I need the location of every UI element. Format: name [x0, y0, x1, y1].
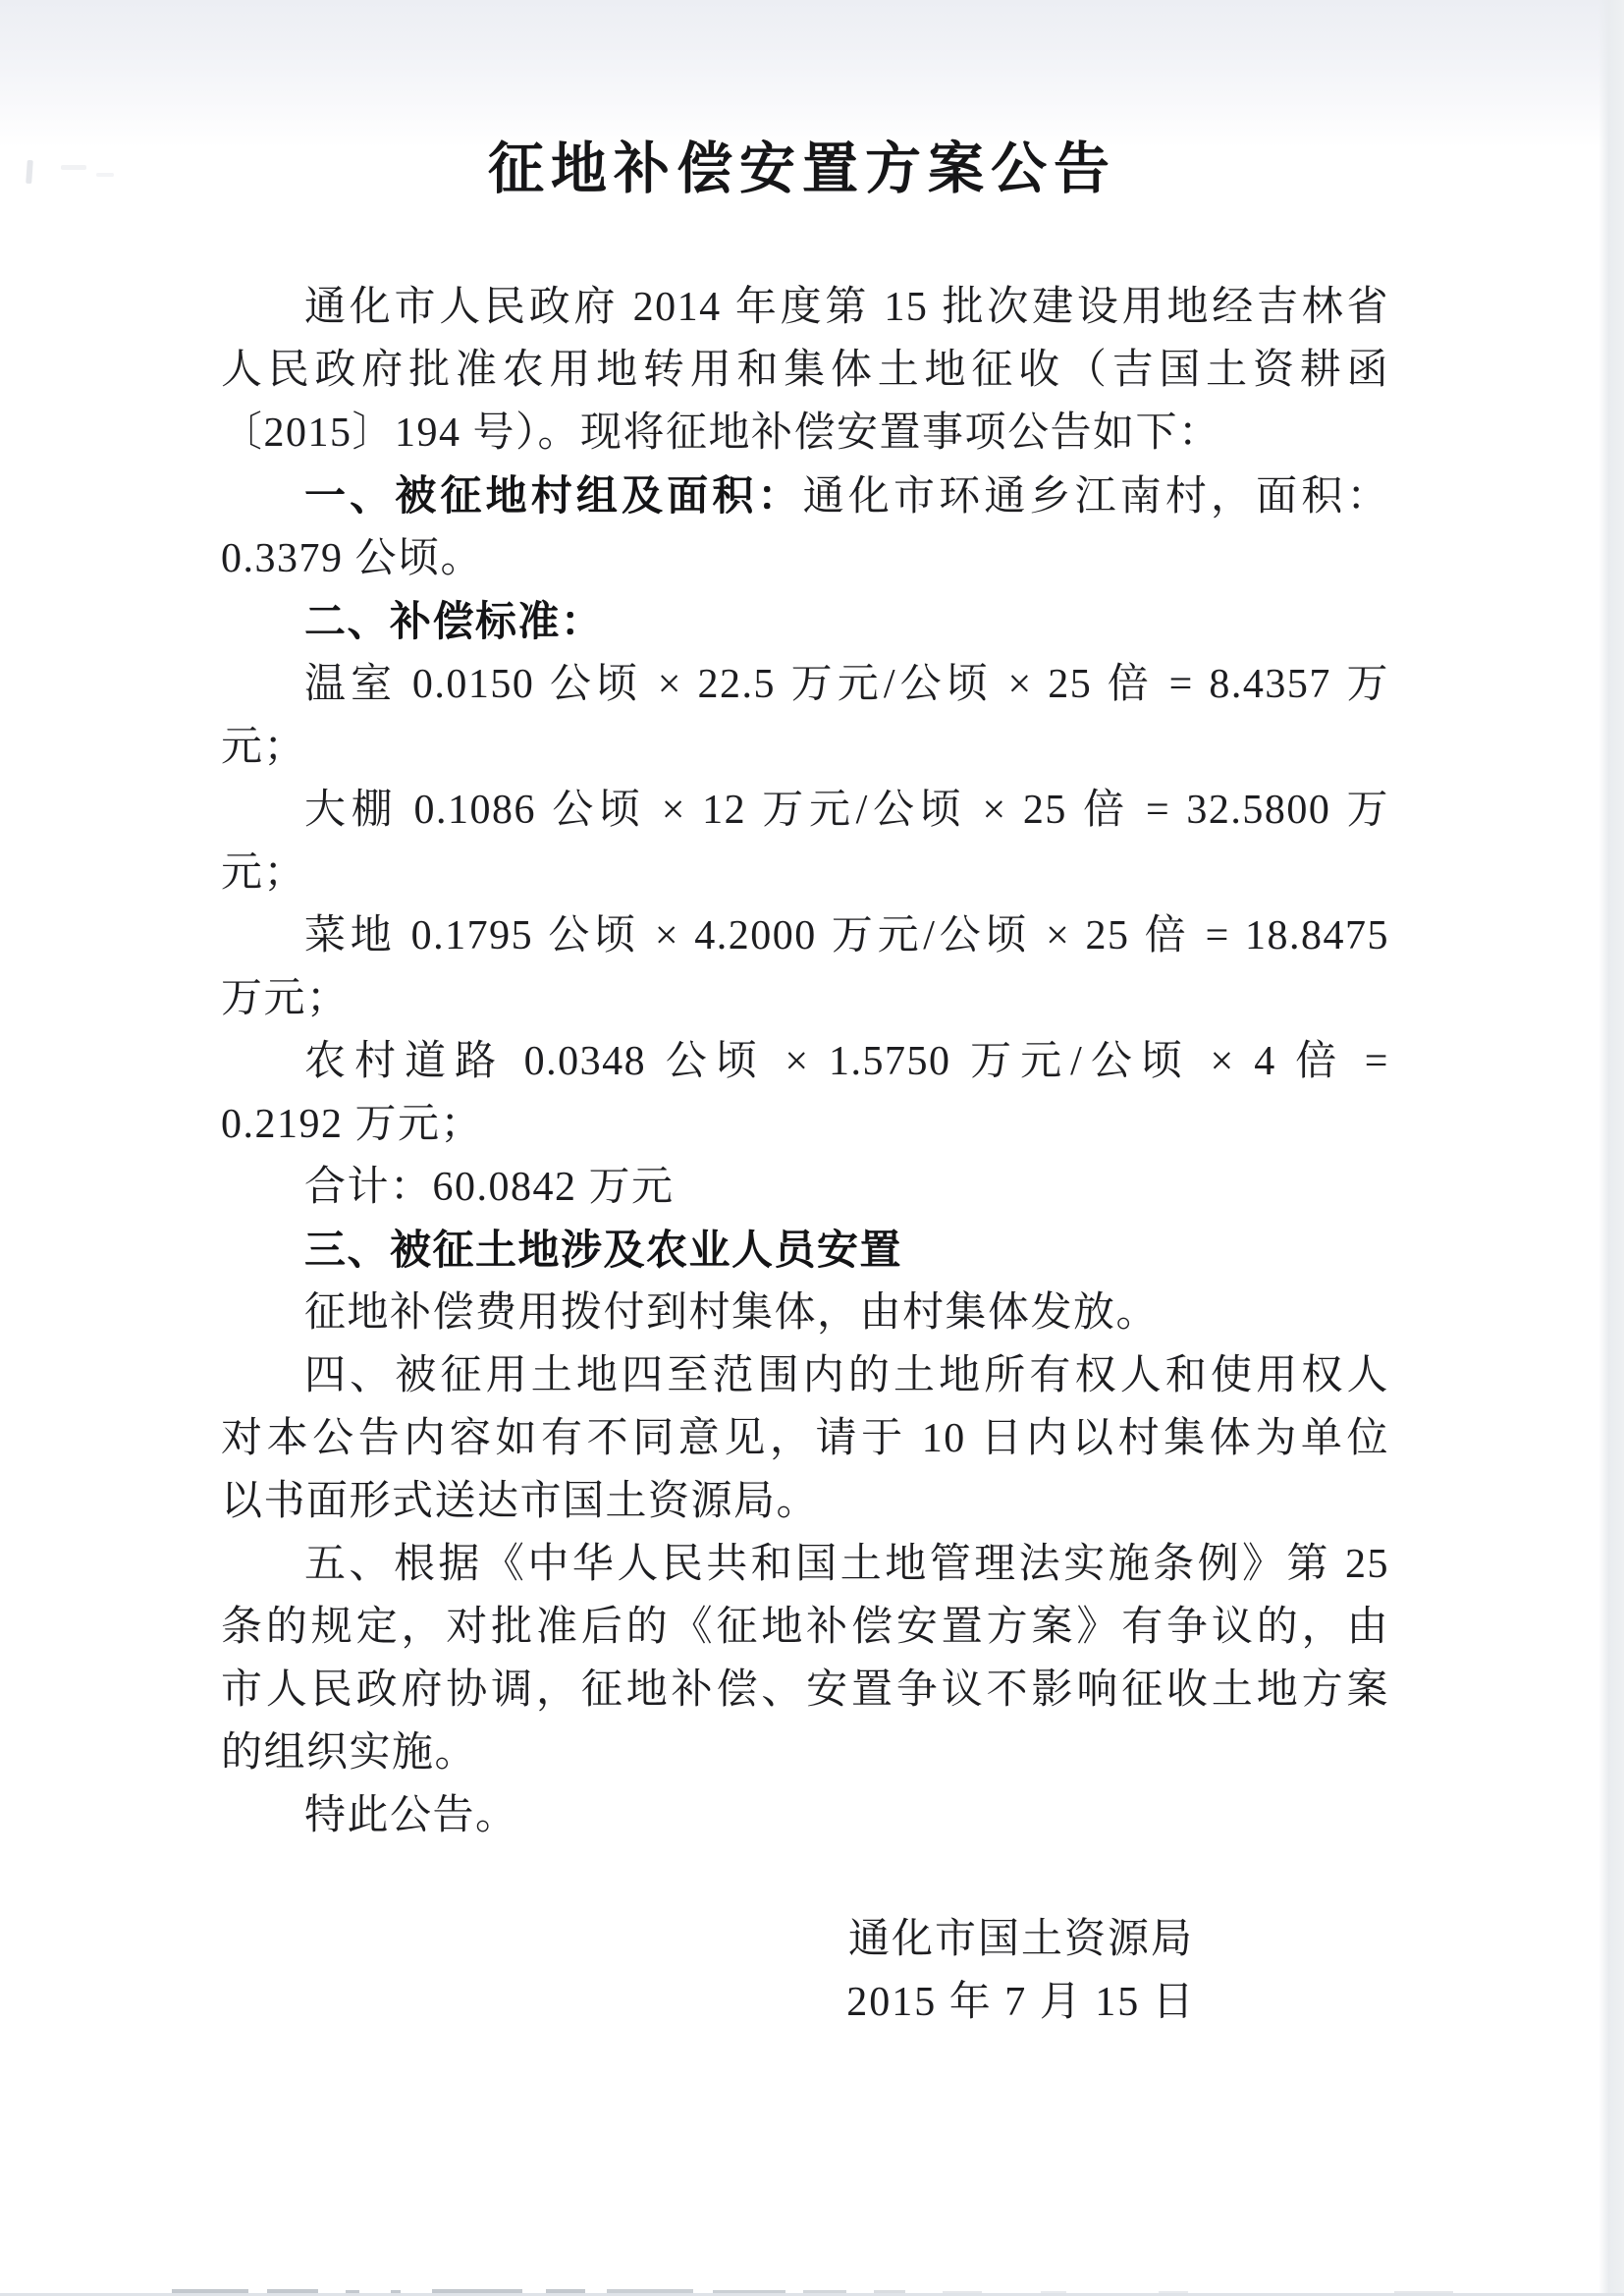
text-segment: 特此公告。 [304, 1793, 518, 1838]
heading-segment: 一、被征地村组及面积： [304, 472, 803, 519]
text-segment: 条的规定，对批准后的《征地补偿安置方案》有争议的，由 [221, 1605, 1389, 1650]
text-segment: 通化市环通乡江南村，面积： [803, 474, 1389, 519]
document-line: 元； [221, 716, 1389, 779]
signature-block: 通化市国土资源局 2015 年 7 月 15 日 [830, 1908, 1213, 2034]
text-segment: 四、被征用土地四至范围内的土地所有权人和使用权人 [304, 1353, 1389, 1398]
text-segment: 的组织实施。 [221, 1730, 477, 1776]
text-segment: 温室 0.0150 公顷 × 22.5 万元/公顷 × 25 倍 = 8.435… [304, 662, 1389, 707]
document-line: 农村道路 0.0348 公顷 × 1.5750 万元/公顷 × 4 倍 = [221, 1030, 1389, 1093]
page-title: 征地补偿安置方案公告 [0, 138, 1604, 199]
document-line: 通化市人民政府 2014 年度第 15 批次建设用地经吉林省 [221, 276, 1389, 339]
document-body: 通化市人民政府 2014 年度第 15 批次建设用地经吉林省人民政府批准农用地转… [221, 276, 1389, 1847]
document-line: 0.2192 万元； [221, 1093, 1389, 1156]
scanned-document-page: 征地补偿安置方案公告 通化市人民政府 2014 年度第 15 批次建设用地经吉林… [0, 0, 1624, 2296]
heading-segment: 三、被征土地涉及农业人员安置 [304, 1227, 902, 1273]
document-line: 以书面形式送达市国土资源局。 [221, 1470, 1389, 1533]
signature-date: 2015 年 7 月 15 日 [830, 1971, 1213, 2034]
document-line: 五、根据《中华人民共和国土地管理法实施条例》第 25 [221, 1533, 1389, 1596]
text-segment: 市人民政府协调，征地补偿、安置争议不影响征收土地方案 [221, 1667, 1389, 1713]
document-line: 二、补偿标准： [221, 590, 1389, 653]
text-segment: 对本公告内容如有不同意见，请于 10 日内以村集体为单位 [221, 1416, 1389, 1461]
document-line: 征地补偿费用拨付到村集体，由村集体发放。 [221, 1282, 1389, 1344]
text-segment: 菜地 0.1795 公顷 × 4.2000 万元/公顷 × 25 倍 = 18.… [304, 913, 1389, 958]
document-line: 0.3379 公顷。 [221, 527, 1389, 590]
text-segment: 五、根据《中华人民共和国土地管理法实施条例》第 25 [304, 1542, 1389, 1587]
document-line: 对本公告内容如有不同意见，请于 10 日内以村集体为单位 [221, 1407, 1389, 1470]
document-line: 温室 0.0150 公顷 × 22.5 万元/公顷 × 25 倍 = 8.435… [221, 653, 1389, 716]
scan-right-edge [1598, 0, 1624, 2296]
document-line: 一、被征地村组及面积：通化市环通乡江南村，面积： [221, 465, 1389, 527]
document-line: 〔2015〕194 号）。现将征地补偿安置事项公告如下： [221, 402, 1389, 465]
document-line: 市人民政府协调，征地补偿、安置争议不影响征收土地方案 [221, 1659, 1389, 1722]
heading-segment: 二、补偿标准： [304, 598, 604, 644]
document-line: 菜地 0.1795 公顷 × 4.2000 万元/公顷 × 25 倍 = 18.… [221, 904, 1389, 967]
text-segment: 农村道路 0.0348 公顷 × 1.5750 万元/公顷 × 4 倍 = [304, 1039, 1389, 1084]
document-line: 的组织实施。 [221, 1722, 1389, 1784]
document-line: 条的规定，对批准后的《征地补偿安置方案》有争议的，由 [221, 1596, 1389, 1659]
text-segment: 0.2192 万元； [221, 1102, 483, 1147]
text-segment: 人民政府批准农用地转用和集体土地征收（吉国土资耕函 [221, 348, 1389, 393]
document-line: 四、被征用土地四至范围内的土地所有权人和使用权人 [221, 1344, 1389, 1407]
text-segment: 征地补偿费用拨付到村集体，由村集体发放。 [304, 1290, 1159, 1336]
signature-agency: 通化市国土资源局 [830, 1908, 1213, 1971]
text-segment: 万元； [221, 976, 350, 1021]
document-line: 三、被征土地涉及农业人员安置 [221, 1219, 1389, 1282]
document-line: 特此公告。 [221, 1784, 1389, 1847]
document-line: 合计：60.0842 万元 [221, 1156, 1389, 1219]
text-segment: 合计：60.0842 万元 [304, 1165, 675, 1210]
text-segment: 0.3379 公顷。 [221, 536, 483, 581]
document-line: 人民政府批准农用地转用和集体土地征收（吉国土资耕函 [221, 339, 1389, 402]
text-segment: 大棚 0.1086 公顷 × 12 万元/公顷 × 25 倍 = 32.5800… [304, 788, 1389, 833]
scan-top-shadow [0, 0, 1624, 147]
text-segment: 元； [221, 725, 306, 770]
text-segment: 〔2015〕194 号）。现将征地补偿安置事项公告如下： [221, 410, 1221, 456]
text-segment: 元； [221, 850, 306, 896]
text-segment: 通化市人民政府 2014 年度第 15 批次建设用地经吉林省 [304, 285, 1389, 330]
text-segment: 以书面形式送达市国土资源局。 [221, 1479, 819, 1524]
document-line: 万元； [221, 967, 1389, 1030]
document-line: 大棚 0.1086 公顷 × 12 万元/公顷 × 25 倍 = 32.5800… [221, 779, 1389, 842]
document-line: 元； [221, 842, 1389, 904]
